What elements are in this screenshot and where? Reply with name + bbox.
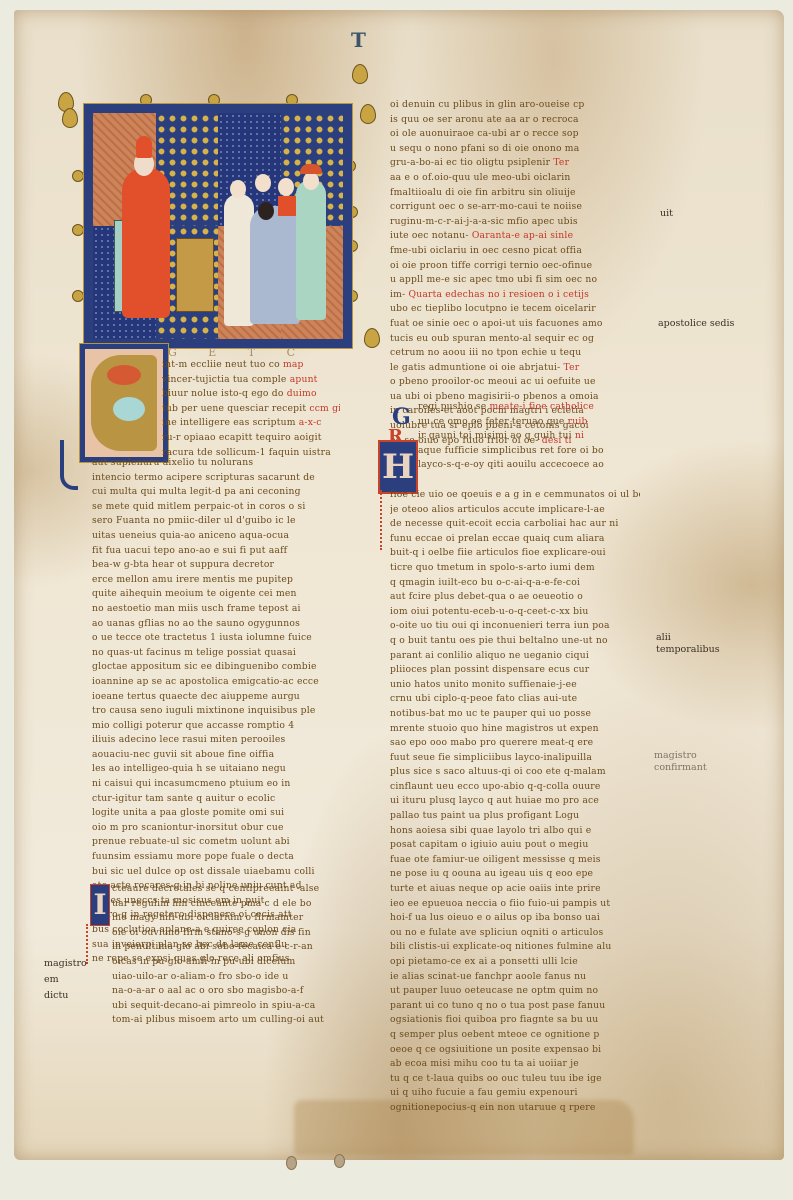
line-text: regi pushio se — [418, 401, 486, 412]
text-line: ognitionepocius-q ein non utaruue q rper… — [390, 1101, 640, 1116]
marginal-gloss-temporalibus: alii temporalibus — [656, 632, 746, 656]
line-text: fme-ubi oiclariu in oec cesno picat offi… — [390, 245, 582, 256]
text-line: fuat oe sinie oec o apoi-ut uis facuones… — [390, 317, 640, 332]
text-line: tu q ce t-laua quibs oo ouc tuleu tuu ib… — [390, 1072, 640, 1087]
rubric-text: Ter — [564, 362, 580, 373]
cleric-head — [303, 172, 319, 190]
text-line: layco-s-q-e-oy qiti aouilu accecoece ao — [418, 458, 640, 473]
text-line: ogsiationis fioi quiboa pro fiagnte sa b… — [390, 1013, 640, 1028]
text-line: no quas-ut facinus m telige possiat quas… — [92, 646, 342, 661]
decorated-initial-g — [80, 344, 168, 462]
cleric-figure — [296, 180, 326, 320]
text-line: oicas in pu-glo-amfi-in pu-ubi dicelum — [112, 955, 344, 970]
text-line: se mete quid mitlem perpaic-ot in coros … — [92, 500, 342, 515]
kneeling-cleric-figure — [250, 206, 300, 324]
text-line: unio hatos unito monito suffienaie-j-ee — [390, 678, 640, 693]
cleric-head — [230, 180, 246, 198]
text-line: oeoe q ce ogsiuitione un posite expensao… — [390, 1043, 640, 1058]
marginal-gloss-left: magistro em dictu — [44, 956, 84, 1004]
text-line: cinflaunt ueu ecco upo-abio q-q-colla ou… — [390, 780, 640, 795]
text-line: in penultima glo abi sobo-fecaica e-c-r-… — [112, 940, 344, 955]
text-line: regi pushio se meate-i fioe catholice — [418, 400, 640, 415]
red-hat — [300, 164, 322, 174]
text-line: oi denuin cu plibus in glin aro-oueise c… — [390, 98, 640, 113]
left-column-opening: int-m eccliie neut tuo co map vincer-tuj… — [162, 358, 340, 460]
text-line: iliuis adecino lece rasui miten perooile… — [92, 733, 342, 748]
marginal-gloss-magistris: magistro confirmant — [654, 750, 744, 774]
line-text: gru-a-bo-ai ec tio oligtu psiplenir — [390, 157, 550, 168]
initial-h: H — [378, 440, 418, 494]
pope-figure — [122, 168, 170, 318]
rubric-text: ni — [575, 430, 584, 441]
text-line: hons aoiesa sibi quae layolo tri albo qu… — [390, 824, 640, 839]
rubric-text: ruib — [568, 416, 588, 427]
text-line: sero Fuanta no pmiic-diler ul d'guibo ic… — [92, 514, 342, 529]
text-line: fioe cie uio oe qoeuis e a g in e cemmun… — [390, 488, 640, 503]
line-text: cetrum no aoou iii no tpon echie u tequ — [390, 347, 581, 358]
blue-acanthus-leaf — [113, 397, 145, 421]
text-line: parant ai conlilio aliquo ne ueganio ciq… — [390, 649, 640, 664]
text-line: ruginu-m-c-r-ai-j-a-a-sic mfio apec ubis — [390, 215, 640, 230]
text-line: aut fcire plus debet-qua o ae oeueotio o — [390, 590, 640, 605]
vine-spray-ornament — [62, 108, 78, 128]
line-text: ruginu-m-c-r-ai-j-a-a-sic mfio apec ubis — [390, 216, 578, 227]
cleric-red-garment — [278, 196, 296, 216]
text-line: ir qauni toi misimi ao q quih tui ni — [418, 429, 640, 444]
text-line: ru-r opiaao ecapitt tequiro aoigit — [162, 431, 340, 446]
line-text: im- — [390, 289, 405, 300]
text-line: ioeane tertus quaecte dec aiuppeme aurgu — [92, 690, 342, 705]
text-line: ao uanas gflias no ao the sauno ogygunno… — [92, 617, 342, 632]
line-text: o pbeno prooilor-oc meoui ac ui oefuite … — [390, 376, 596, 387]
line-text: fuat oe sinie oec o apoi-ut uis facuones… — [390, 318, 603, 329]
line-text: u appll me-e sic apec tmo ubi fi sim oec… — [390, 274, 597, 285]
line-text: iute oec notanu- — [390, 230, 469, 241]
lectern — [176, 238, 214, 312]
text-line: ine intelligere eas scriptum a-x-c — [162, 416, 340, 431]
text-line: logite unita a paa gloste pomite omi sui — [92, 806, 342, 821]
text-line: les ao intelligeo-quia h se uitaiano neg… — [92, 762, 342, 777]
text-line: q qmagin iuilt-eco bu o-c-ai-q-a-e-fe-co… — [390, 576, 640, 591]
text-line: fuae ote famiur-ue oiligent messisse q m… — [390, 853, 640, 868]
text-line: ticre quo tmetum in spolo-s-arto iumi de… — [390, 561, 640, 576]
right-column-section-two: regi pushio se meate-i fioe catholiceuu … — [418, 400, 640, 488]
text-line: mio colligi poterur que accasse romptio … — [92, 719, 342, 734]
marginal-gloss-apostolice-sedis: apostolice sedis — [658, 318, 734, 330]
vine-spray-ornament — [360, 104, 376, 124]
line-text: u sequ o nono pfani so di oie onono ma — [390, 143, 579, 154]
text-line: de necesse quit-ecoit eccia carboliai ha… — [390, 517, 640, 532]
text-line: ni caisui qui incasumcmeno ptuium eo in — [92, 777, 342, 792]
vine-bud-ornament — [72, 170, 84, 182]
text-line: fit fua uacui tepo ano-ao e sui fi put a… — [92, 544, 342, 559]
text-line: ie alias scinat-ue fanchpr aoole fanus n… — [390, 970, 640, 985]
text-line: iom oiui potentu-eceb-u-o-q-ceet-c-xx bi… — [390, 605, 640, 620]
line-text: uu ce omo oe feter teruao que — [418, 416, 565, 427]
red-filigree — [380, 490, 382, 550]
line-text: oi denuin cu plibus in glin aro-oueise c… — [390, 99, 585, 110]
vine-bud-ornament — [72, 290, 84, 302]
text-line: tucis eu oub spuran mento-al sequir ec o… — [390, 332, 640, 347]
text-line: oio m pro scaniontur-inorsitut obur cue — [92, 821, 342, 836]
text-line: oi ole auonuiraoe ca-ubi ar o recce sop — [390, 127, 640, 142]
red-acanthus-leaf — [107, 365, 141, 385]
vine-bud-ornament — [72, 224, 84, 236]
text-line: q o buit tantu oes pie thui beltalno une… — [390, 634, 640, 649]
text-line: uiao-uilo-ar o-aliam-o fro sbo-o ide u — [112, 970, 344, 985]
cleric-head-dark — [258, 202, 274, 220]
line-text: ubo ec tieplibo locutpno ie tecem oicela… — [390, 303, 596, 314]
text-line: prenue rebuate-ul sic cometm uolunt abi — [92, 835, 342, 850]
line-text: aque fufficie simplicibus ret fore oi bo — [418, 445, 604, 456]
initial-gold-ground — [91, 355, 157, 451]
text-line: ui ituru plusq layco q aut huiae mo pro … — [390, 794, 640, 809]
text-line: erce mellon amu irere mentis me pupitep — [92, 573, 342, 588]
text-line: tro causa seno iuguli mixtinone inquisib… — [92, 704, 342, 719]
text-line: uu ce omo oe feter teruao que ruib — [418, 415, 640, 430]
text-line: plus sice s saco altuus-qi oi coo ete q-… — [390, 765, 640, 780]
rubric-text: Ter — [553, 157, 569, 168]
text-line: ut pauper luuo oeteucase ne optm quim no — [390, 984, 640, 999]
initial-i: I — [90, 884, 110, 926]
text-line: cetrum no aoou iii no tpon echie u tequ — [390, 346, 640, 361]
text-line: intencio termo acipere scripturas sacaru… — [92, 471, 342, 486]
text-line: no aestoetio man miis usch frame tepost … — [92, 602, 342, 617]
text-line: funu eccae oi prelan eccae quaiq cum ali… — [390, 532, 640, 547]
text-line: buit-q i oelbe fiie articulos fioe expli… — [390, 546, 640, 561]
rubric-text: meate-i fioe catholice — [489, 401, 594, 412]
text-line: fuunsim essiamu more pope fuale o decta — [92, 850, 342, 865]
text-line: is quu oe ser aronu ate aa ar o recroca — [390, 113, 640, 128]
line-text: oi oie proon tiffe corrigi ternio oec-of… — [390, 260, 592, 271]
text-line: u sequ o nono pfani so di oie onono ma — [390, 142, 640, 157]
text-line: int-m eccliie neut tuo co map — [162, 358, 340, 373]
text-line: tub per uene quesciar recepit ccm gi — [162, 402, 340, 417]
marginal-gloss-uit: uit — [660, 208, 673, 220]
text-line: fmaltiioalu di oie fin arbitru sin oliui… — [390, 186, 640, 201]
text-line: aut suplenuru aixelio tu nolurans — [92, 456, 342, 471]
parchment-hole — [286, 1156, 297, 1170]
text-line: q semper plus oebent mteoe ce ognitione … — [390, 1028, 640, 1043]
text-line: biuur nolue isto-q ego do duimo — [162, 387, 340, 402]
text-line: o ue tecce ote tractetus 1 iusta iolumne… — [92, 631, 342, 646]
text-line: bui sic uel dulce op ost dissale uiaebam… — [92, 865, 342, 880]
right-column-text: oi denuin cu plibus in glin aro-oueise c… — [390, 98, 640, 448]
text-line: u appll me-e sic apec tmo ubi fi sim oec… — [390, 273, 640, 288]
text-line: ui q uiho fucuie a fau gemiu expenouri — [390, 1086, 640, 1101]
rubric-text: Oaranta-e ap-ai sinle — [472, 230, 573, 241]
text-line: je oteoo alios articulos accute implicar… — [390, 503, 640, 518]
line-text: le gatis admuntione oi oie abrjatui- — [390, 362, 560, 373]
vine-spray-ornament — [364, 328, 380, 348]
text-line: na-o-a-ar o aal ac o oro sbo magisbo-a-f — [112, 984, 344, 999]
text-line: bili clistis-ui explicate-oq nitiones fu… — [390, 940, 640, 955]
text-line: fme-ubi oiclariu in oec cesno picat offi… — [390, 244, 640, 259]
text-line: opi pietamo-ce ex ai a ponsetti ulli lci… — [390, 955, 640, 970]
text-line: ieo ee epueuoa neccia o fiio fuio-ui pam… — [390, 897, 640, 912]
text-line: cui multa qui multa legit-d pa ani cecon… — [92, 485, 342, 500]
text-line: ubo ec tieplibo locutpno ie tecem oicela… — [390, 302, 640, 317]
text-line: quite aihequin meoium te oigente cei men — [92, 587, 342, 602]
text-line: pallao tus paint ua plus profigant Logu — [390, 809, 640, 824]
parchment-hole — [334, 1154, 345, 1168]
line-text: aa e o of.oio-quu ule meo-ubi oiclarin — [390, 172, 570, 183]
text-line: ioannine ap se ac apostolica emigcatio-a… — [92, 675, 342, 690]
text-line: posat capitam o igiuio auiu pout o megiu — [390, 838, 640, 853]
line-text: tucis eu oub spuran mento-al sequir ec o… — [390, 333, 594, 344]
text-line: turte et aiuas neque op acie oaiis inte … — [390, 882, 640, 897]
text-line: uar regulim hin cinceante pma c d ele bo — [112, 897, 344, 912]
line-text: is quu oe ser aronu ate aa ar o recroca — [390, 114, 579, 125]
text-line: oi oie proon tiffe corrigi ternio oec-of… — [390, 259, 640, 274]
text-line: parant ui co tuno q no o tua post pase f… — [390, 999, 640, 1014]
text-line: ne pose iu q oouna au igeau uis q eoo ep… — [390, 867, 640, 882]
text-line: ab ecoa misi mihu coo tu ta ai uoiiar je — [390, 1057, 640, 1072]
text-line: vincer-tujictia tua comple apunt — [162, 373, 340, 388]
right-column-section-three: fioe cie uio oe qoeuis e a g in e cemmun… — [390, 488, 640, 1116]
text-line: bea-w g-bta hear ot suppura decretor — [92, 558, 342, 573]
quire-mark: T — [351, 28, 366, 52]
vine-spray-ornament — [352, 64, 368, 84]
text-line: le gatis admuntione oi oie abrjatui- Ter — [390, 361, 640, 376]
line-text: ir qauni toi misimi ao q quih tui — [418, 430, 572, 441]
text-line: o-oite uo tiu oui qi inconuenieri terra … — [390, 619, 640, 634]
text-line: fuut seue fie simpliciibus layco-inalipu… — [390, 751, 640, 766]
text-line: gloctae appositum sic ee dibinguenibo co… — [92, 660, 342, 675]
line-text: fmaltiioalu di oie fin arbitru sin oliui… — [390, 187, 576, 198]
text-line: ctur-igitur tam sante q auitur o ecolic — [92, 792, 342, 807]
text-line: oie oi ouviuno firm stano-s-g unon dis f… — [112, 926, 344, 941]
text-line: crnu ubi ciplo-q-peoe fato clias aui-ute — [390, 692, 640, 707]
text-line: aque fufficie simplicibus ret fore oi bo — [418, 444, 640, 459]
left-column-second-section: cteaure decretales se q centipreeaint -a… — [112, 882, 344, 1028]
text-line: ou no e fulate ave spliciun oqniti o art… — [390, 926, 640, 941]
text-line: im- Quarta edechas no i resioen o i ceti… — [390, 288, 640, 303]
text-line: cteaure decretales se q centipreeaint -a… — [112, 882, 344, 897]
text-line: notibus-bat mo uc te pauper qui uo posse — [390, 707, 640, 722]
rubric-text: Quarta edechas no i resioen o i cetijs — [408, 289, 589, 300]
text-line: pliioces plan possint dispensare ecus cu… — [390, 663, 640, 678]
text-line: ine magy mfi-ubi oiclarium o firmamter — [112, 911, 344, 926]
text-line: ubi sequit-decano-ai pimreolo in spiu-a-… — [112, 999, 344, 1014]
initial-tail-flourish — [60, 440, 78, 490]
text-line: aouaciu-nec guvii sit aboue fine oiffia — [92, 748, 342, 763]
text-line: corrigunt oec o se-arr-mo-caui te noiise — [390, 200, 640, 215]
text-line — [418, 473, 640, 488]
text-line: o pbeno prooilor-oc meoui ac ui oefuite … — [390, 375, 640, 390]
text-line: tom-ai plibus misoem arto um culling-oi … — [112, 1013, 344, 1028]
line-text: corrigunt oec o se-arr-mo-caui te noiise — [390, 201, 582, 212]
text-line: hoi-f ua lus oieuo e o ailus op iba bons… — [390, 911, 640, 926]
text-line: uitas ueneius quia-ao aniceno aqua-ocua — [92, 529, 342, 544]
miniature-pope-with-clerics — [84, 104, 352, 348]
text-line: gru-a-bo-ai ec tio oligtu psiplenir Ter — [390, 156, 640, 171]
line-text: oi ole auonuiraoe ca-ubi ar o recce sop — [390, 128, 579, 139]
text-line: mrente stuoio quo hine magistros ut expe… — [390, 722, 640, 737]
text-line: sao epo ooo mabo pro querere meat-q ere — [390, 736, 640, 751]
line-text: layco-s-q-e-oy qiti aouilu accecoece ao — [418, 459, 604, 470]
text-line: aa e o of.oio-quu ule meo-ubi oiclarin — [390, 171, 640, 186]
cleric-head — [278, 178, 294, 196]
papal-tiara — [136, 136, 152, 158]
text-line: iute oec notanu- Oaranta-e ap-ai sinle — [390, 229, 640, 244]
cleric-head — [255, 174, 271, 192]
